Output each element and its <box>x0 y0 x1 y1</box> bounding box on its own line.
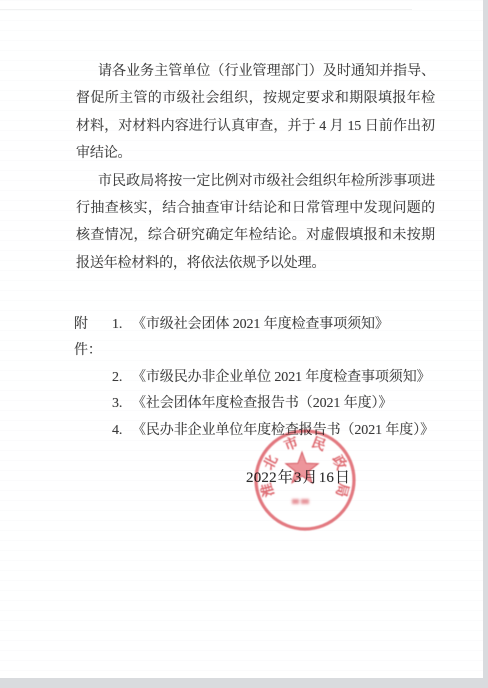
paragraph-spot-check: 市民政局将按一定比例对市级社会组织年检所涉事项进行抽查核实，结合抽查审计结论和日… <box>76 168 435 278</box>
seal-code-mark <box>292 499 309 504</box>
attachment-number: 2. <box>112 365 132 391</box>
attachment-title: 《市级民办非企业单位 2021 年度检查事项须知》 <box>132 365 454 391</box>
attachment-number: 4. <box>112 418 132 444</box>
scan-artifact-line <box>0 9 412 10</box>
attachment-title: 《社会团体年度检查报告书（2021 年度）》 <box>132 391 454 417</box>
attachment-label-spacer <box>74 391 112 417</box>
attachment-label-spacer <box>74 418 112 444</box>
paragraph-notice: 请各业务主管单位（行业管理部门）及时通知并指导、督促所主管的市级社会组织，按规定… <box>76 58 435 168</box>
attachment-number: 3. <box>112 391 132 417</box>
attachment-title: 《市级社会团体 2021 年度检查事项须知》 <box>132 312 454 365</box>
attachment-number: 1. <box>112 312 132 365</box>
attachment-row: 2. 《市级民办非企业单位 2021 年度检查事项须知》 <box>74 365 454 391</box>
attachment-label: 附件： <box>74 312 112 365</box>
attachment-row: 4. 《民办非企业单位年度检查报告书（2021 年度）》 <box>74 418 454 444</box>
document-body: 请各业务主管单位（行业管理部门）及时通知并指导、督促所主管的市级社会组织，按规定… <box>76 58 435 277</box>
scan-edge-right <box>483 0 488 688</box>
scan-edge-bottom <box>0 678 488 688</box>
attachment-list: 附件： 1. 《市级社会团体 2021 年度检查事项须知》 2. 《市级民办非企… <box>74 312 454 444</box>
document-page: 请各业务主管单位（行业管理部门）及时通知并指导、督促所主管的市级社会组织，按规定… <box>0 0 488 688</box>
attachment-label-spacer <box>74 365 112 391</box>
attachment-title: 《民办非企业单位年度检查报告书（2021 年度）》 <box>132 418 454 444</box>
attachment-row: 3. 《社会团体年度检查报告书（2021 年度）》 <box>74 391 454 417</box>
attachment-row: 附件： 1. 《市级社会团体 2021 年度检查事项须知》 <box>74 312 454 365</box>
issue-date: 2022 年 3 月 16 日 <box>246 470 350 486</box>
